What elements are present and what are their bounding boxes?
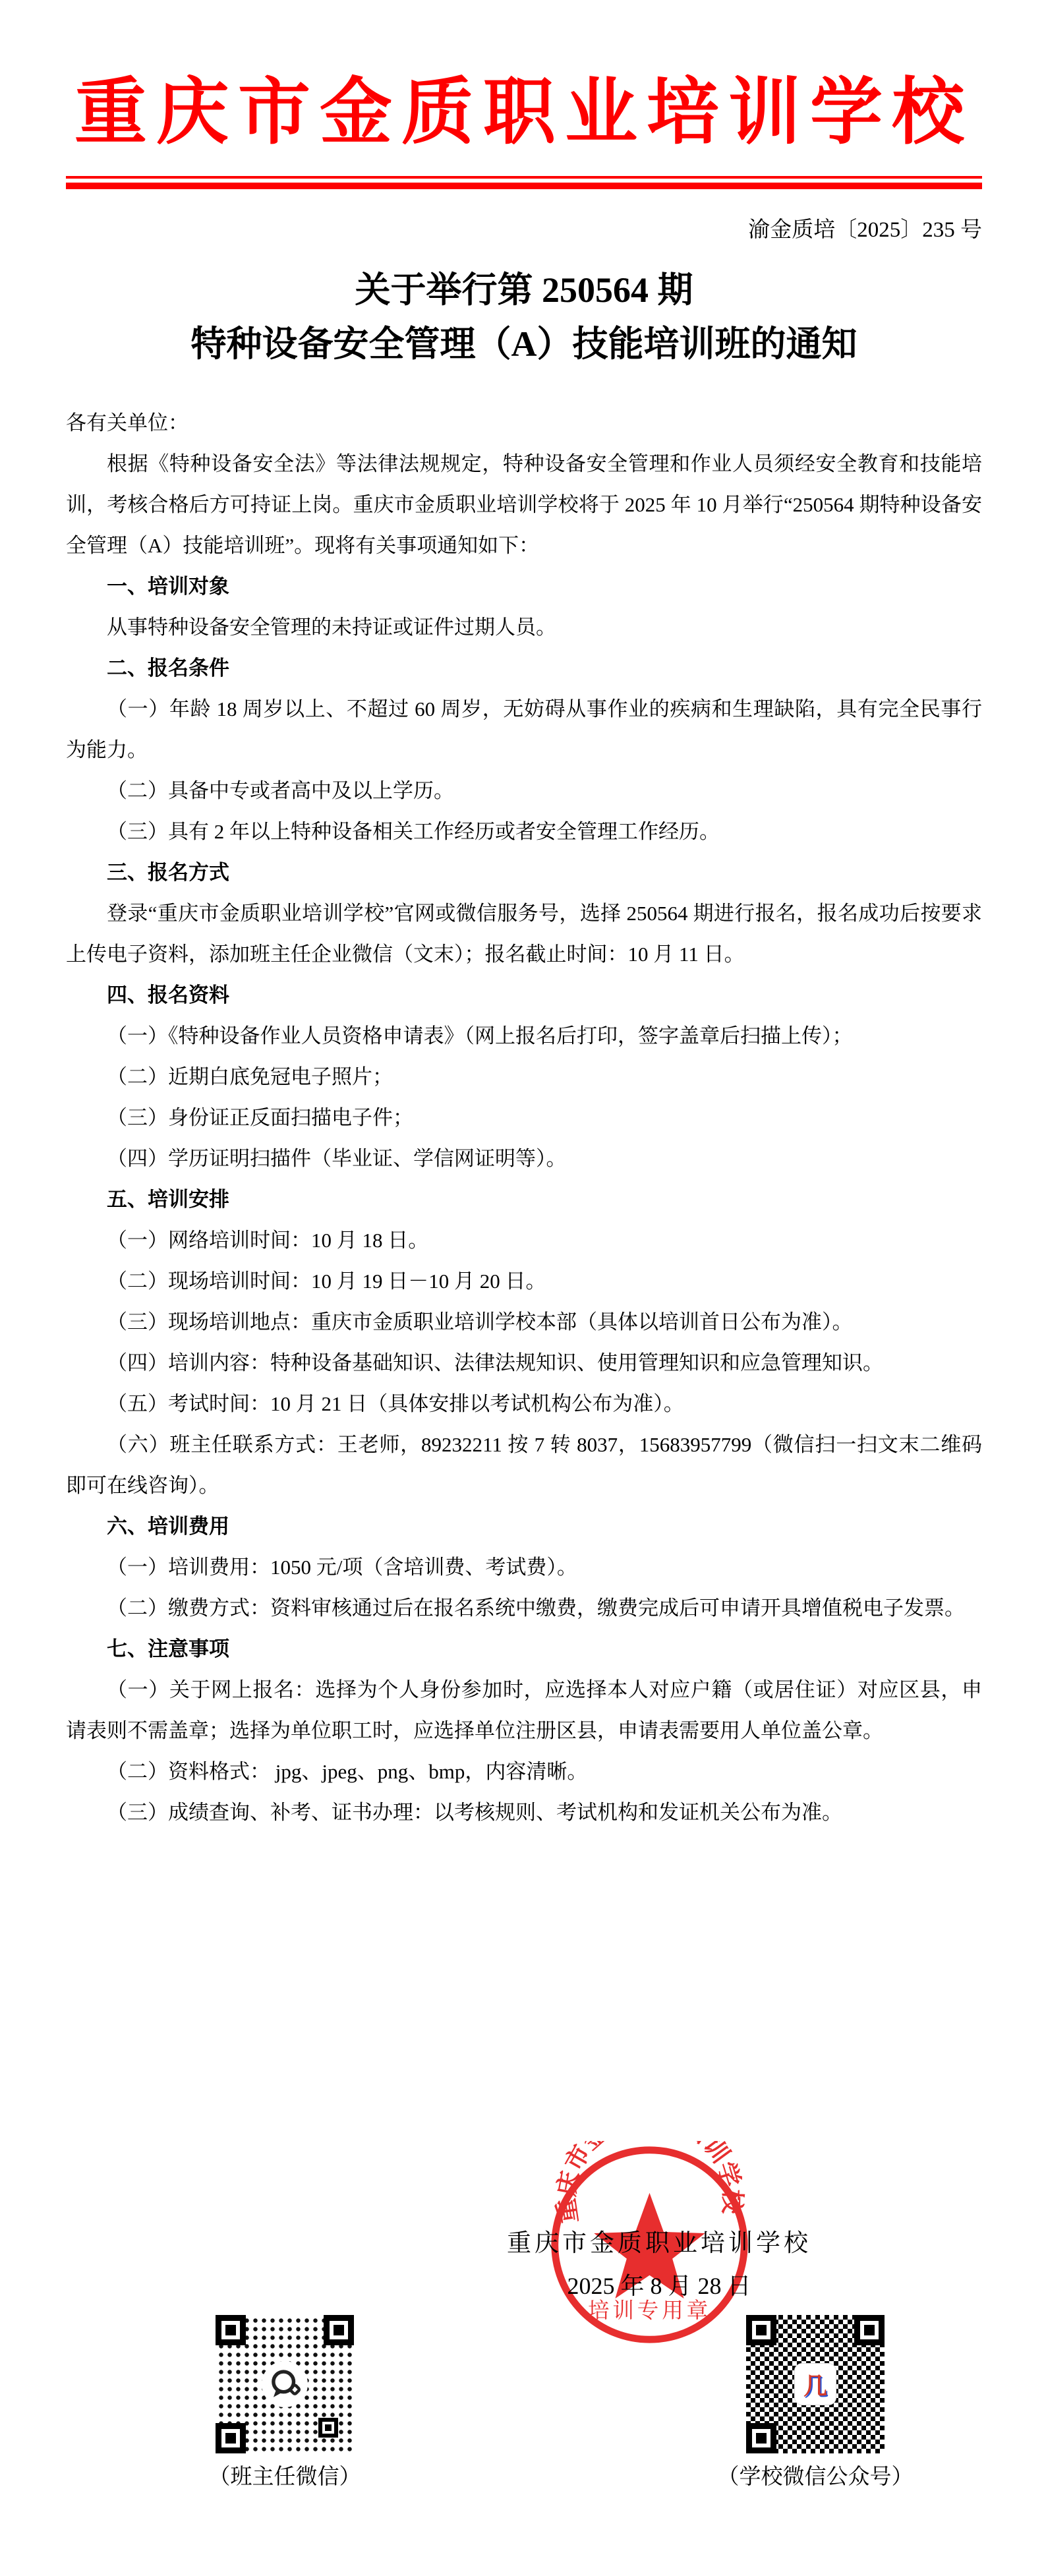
body-paragraph: 从事特种设备安全管理的未持证或证件过期人员。 bbox=[66, 607, 982, 648]
body-paragraph: （二）现场培训时间：10 月 19 日－10 月 20 日。 bbox=[66, 1261, 982, 1302]
school-logo-icon: 几 bbox=[794, 2363, 836, 2405]
section-heading: 三、报名方式 bbox=[66, 852, 982, 893]
notice-title-line2: 特种设备安全管理（A）技能培训班的通知 bbox=[66, 317, 982, 371]
wechat-bubble-icon bbox=[262, 2361, 308, 2407]
seal-bottom-label: 培训专用章 bbox=[588, 2298, 711, 2323]
school-account-caption: （学校微信公众号） bbox=[703, 2464, 927, 2490]
teacher-wechat-caption: （班主任微信） bbox=[173, 2464, 397, 2490]
body-paragraph: （一）《特种设备作业人员资格申请表》（网上报名后打印，签字盖章后扫描上传）； bbox=[66, 1016, 982, 1057]
body-paragraph: （二）缴费方式：资料审核通过后在报名系统中缴费，缴费完成后可申请开具增值税电子发… bbox=[66, 1588, 982, 1629]
body-paragraph: （三）具有 2 年以上特种设备相关工作经历或者安全管理工作经历。 bbox=[66, 811, 982, 852]
notice-title: 关于举行第 250564 期 特种设备安全管理（A）技能培训班的通知 bbox=[66, 263, 982, 371]
body-paragraph: （三）现场培训地点：重庆市金质职业培训学校本部（具体以培训首日公布为准）。 bbox=[66, 1302, 982, 1343]
section-heading: 二、报名条件 bbox=[66, 648, 982, 689]
notice-title-line1: 关于举行第 250564 期 bbox=[66, 263, 982, 317]
body-paragraph: （三）成绩查询、补考、证书办理：以考核规则、考试机构和发证机关公布为准。 bbox=[66, 1792, 982, 1833]
body-paragraph: （二）具备中专或者高中及以上学历。 bbox=[66, 771, 982, 811]
doc-number: 渝金质培〔2025〕235 号 bbox=[66, 217, 982, 243]
document-body: 根据《特种设备安全法》等法律法规规定，特种设备安全管理和作业人员须经安全教育和技… bbox=[66, 444, 982, 1833]
qr-finder-icon bbox=[854, 2315, 885, 2345]
body-paragraph: （四）学历证明扫描件（毕业证、学信网证明等）。 bbox=[66, 1138, 982, 1179]
qr-finder-icon bbox=[746, 2423, 776, 2453]
section-heading: 一、培训对象 bbox=[66, 566, 982, 607]
section-heading: 六、培训费用 bbox=[66, 1506, 982, 1547]
qr-finder-icon bbox=[216, 2315, 246, 2345]
body-paragraph: （二）近期白底免冠电子照片； bbox=[66, 1057, 982, 1098]
letterhead-divider bbox=[66, 176, 982, 189]
body-paragraph: （六）班主任联系方式：王老师，89232211 按 7 转 8037，15683… bbox=[66, 1424, 982, 1506]
body-paragraph: （三）身份证正反面扫描电子件； bbox=[66, 1098, 982, 1138]
body-paragraph: （一）关于网上报名：选择为个人身份参加时，应选择本人对应户籍（或居住证）对应区县… bbox=[66, 1670, 982, 1751]
body-paragraph: （四）培训内容：特种设备基础知识、法律法规知识、使用管理知识和应急管理知识。 bbox=[66, 1343, 982, 1384]
body-paragraph: （一）年龄 18 周岁以上、不超过 60 周岁，无妨碍从事作业的疾病和生理缺陷，… bbox=[66, 689, 982, 771]
teacher-wechat-qr-code bbox=[216, 2315, 354, 2453]
body-paragraph: （五）考试时间：10 月 21 日（具体安排以考试机构公布为准）。 bbox=[66, 1384, 982, 1424]
seal-star-icon bbox=[594, 2193, 705, 2298]
section-heading: 七、注意事项 bbox=[66, 1629, 982, 1670]
qr-finder-icon bbox=[216, 2423, 246, 2453]
body-paragraph: 根据《特种设备安全法》等法律法规规定，特种设备安全管理和作业人员须经安全教育和技… bbox=[66, 444, 982, 566]
section-heading: 四、报名资料 bbox=[66, 975, 982, 1016]
school-account-qr-code: 几 bbox=[746, 2315, 885, 2453]
qr-finder-icon bbox=[746, 2315, 776, 2345]
section-heading: 五、培训安排 bbox=[66, 1179, 982, 1220]
divider-thick-line bbox=[66, 183, 982, 189]
body-paragraph: （一）培训费用：1050 元/项（含培训费、考试费）。 bbox=[66, 1547, 982, 1588]
body-paragraph: 登录“重庆市金质职业培训学校”官网或微信服务号，选择 250564 期进行报名，… bbox=[66, 893, 982, 975]
school-account-qr-block: 几 （学校微信公众号） bbox=[703, 2315, 927, 2490]
body-paragraph: （二）资料格式： jpg、jpeg、png、bmp，内容清晰。 bbox=[66, 1751, 982, 1792]
qr-alignment-icon bbox=[318, 2418, 338, 2438]
qr-finder-icon bbox=[324, 2315, 354, 2345]
teacher-wechat-qr-block: （班主任微信） bbox=[173, 2315, 397, 2490]
letterhead-school-name: 重庆市金质职业培训学校 bbox=[66, 73, 982, 154]
notice-document: 重庆市金质职业培训学校 渝金质培〔2025〕235 号 关于举行第 250564… bbox=[0, 0, 1046, 2576]
salutation: 各有关单位： bbox=[66, 403, 982, 444]
body-paragraph: （一）网络培训时间：10 月 18 日。 bbox=[66, 1220, 982, 1261]
